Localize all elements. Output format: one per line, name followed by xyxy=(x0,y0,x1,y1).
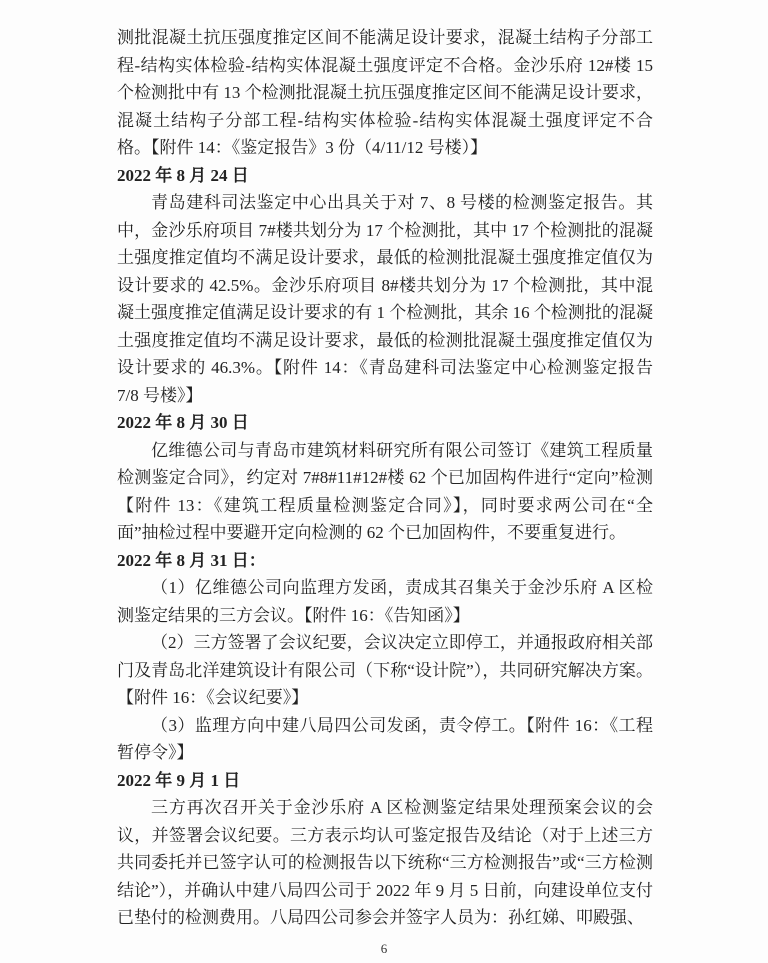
body-paragraph-aug-24: 青岛建科司法鉴定中心出具关于对 7、8 号楼的检测鉴定报告。其中，金沙乐府项目 … xyxy=(117,189,653,409)
paragraph-continuation: 测批混凝土抗压强度推定区间不能满足设计要求，混凝土结构子分部工程-结构实体检验-… xyxy=(117,24,653,162)
date-heading-aug-30: 2022 年 8 月 30 日 xyxy=(117,409,653,437)
body-paragraph-aug-31-item-2: （2）三方签署了会议纪要，会议决定立即停工，并通报政府相关部门及青岛北洋建筑设计… xyxy=(117,629,653,712)
document-text-block: 测批混凝土抗压强度推定区间不能满足设计要求，混凝土结构子分部工程-结构实体检验-… xyxy=(117,24,653,932)
body-paragraph-sep-1: 三方再次召开关于金沙乐府 A 区检测鉴定结果处理预案会议的会议，并签署会议纪要。… xyxy=(117,794,653,932)
body-paragraph-aug-31-item-1: （1）亿维德公司向监理方发函，责成其召集关于金沙乐府 A 区检测鉴定结果的三方会… xyxy=(117,574,653,629)
date-heading-sep-1: 2022 年 9 月 1 日 xyxy=(117,767,653,795)
document-page: 测批混凝土抗压强度推定区间不能满足设计要求，混凝土结构子分部工程-结构实体检验-… xyxy=(0,0,768,963)
page-number: 6 xyxy=(0,941,768,957)
body-paragraph-aug-31-item-3: （3）监理方向中建八局四公司发函，责令停工。【附件 16：《工程暂停令》】 xyxy=(117,712,653,767)
date-heading-aug-31: 2022 年 8 月 31 日： xyxy=(117,547,653,575)
date-heading-aug-24: 2022 年 8 月 24 日 xyxy=(117,162,653,190)
body-paragraph-aug-30: 亿维德公司与青岛市建筑材料研究所有限公司签订《建筑工程质量检测鉴定合同》，约定对… xyxy=(117,437,653,547)
